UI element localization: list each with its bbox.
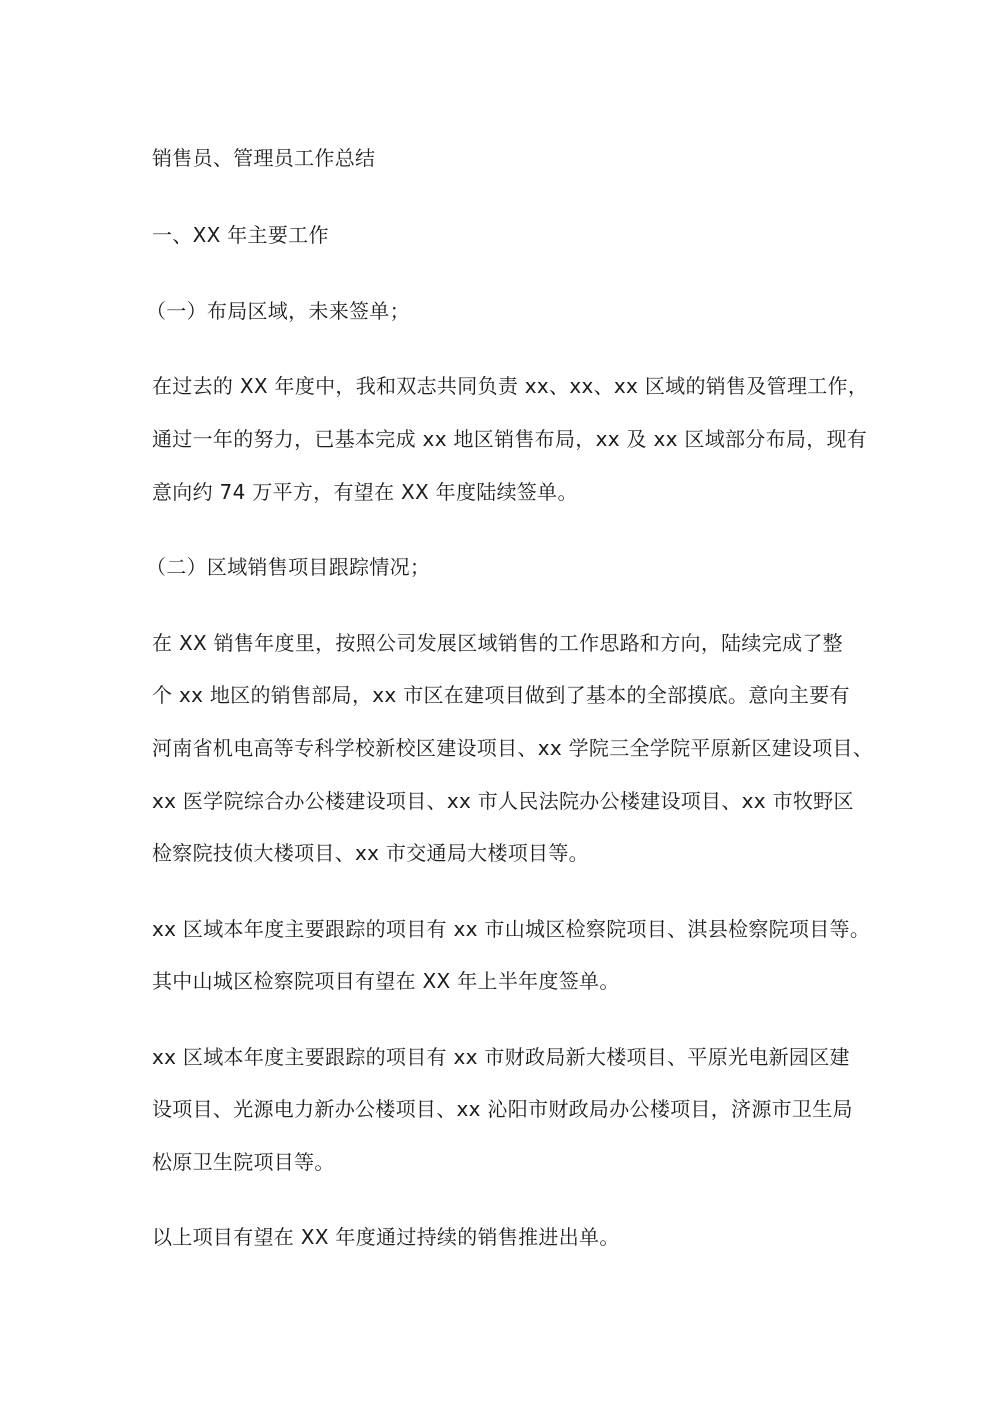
paragraph-line: 在过去的 XX 年度中，我和双志共同负责 xx、xx、xx 区域的销售及管理工作…: [152, 374, 868, 398]
paragraph-line: 以上项目有望在 XX 年度通过持续的销售推进出单。: [152, 1225, 620, 1249]
paragraph-line: 检察院技侦大楼项目、xx 市交通局大楼项目等。: [152, 841, 589, 865]
paragraph-line: xx 区域本年度主要跟踪的项目有 xx 市山城区检察院项目、淇县检察院项目等。: [152, 917, 870, 941]
paragraph-line: 其中山城区检察院项目有望在 XX 年上半年度签单。: [152, 969, 620, 993]
section-heading-main-work: 一、XX 年主要工作: [152, 223, 329, 247]
paragraph-line: 意向约 74 万平方，有望在 XX 年度陆续签单。: [152, 480, 578, 504]
paragraph-line: 在 XX 销售年度里，按照公司发展区域销售的工作思路和方向，陆续完成了整: [152, 631, 843, 655]
paragraph-line: xx 区域本年度主要跟踪的项目有 xx 市财政局新大楼项目、平原光电新园区建: [152, 1045, 850, 1069]
document-page: 销售员、管理员工作总结 一、XX 年主要工作 （一）布局区域，未来签单； 在过去…: [0, 0, 1000, 1415]
paragraph-line: 设项目、光源电力新办公楼项目、xx 沁阳市财政局办公楼项目，济源市卫生局: [152, 1097, 853, 1121]
subsection-heading-layout-region: （一）布局区域，未来签单；: [146, 299, 410, 323]
subsection-heading-project-tracking: （二）区域销售项目跟踪情况；: [146, 555, 430, 579]
paragraph-line: 河南省机电高等专科学校新校区建设项目、xx 学院三全学院平原新区建设项目、: [152, 736, 873, 760]
document-title: 销售员、管理员工作总结: [152, 146, 375, 170]
paragraph-line: 个 xx 地区的销售部局，xx 市区在建项目做到了基本的全部摸底。意向主要有: [152, 683, 850, 707]
paragraph-line: 通过一年的努力，已基本完成 xx 地区销售布局，xx 及 xx 区域部分布局，现…: [152, 427, 867, 451]
paragraph-line: 松原卫生院项目等。: [152, 1150, 335, 1174]
paragraph-line: xx 医学院综合办公楼建设项目、xx 市人民法院办公楼建设项目、xx 市牧野区: [152, 789, 854, 813]
